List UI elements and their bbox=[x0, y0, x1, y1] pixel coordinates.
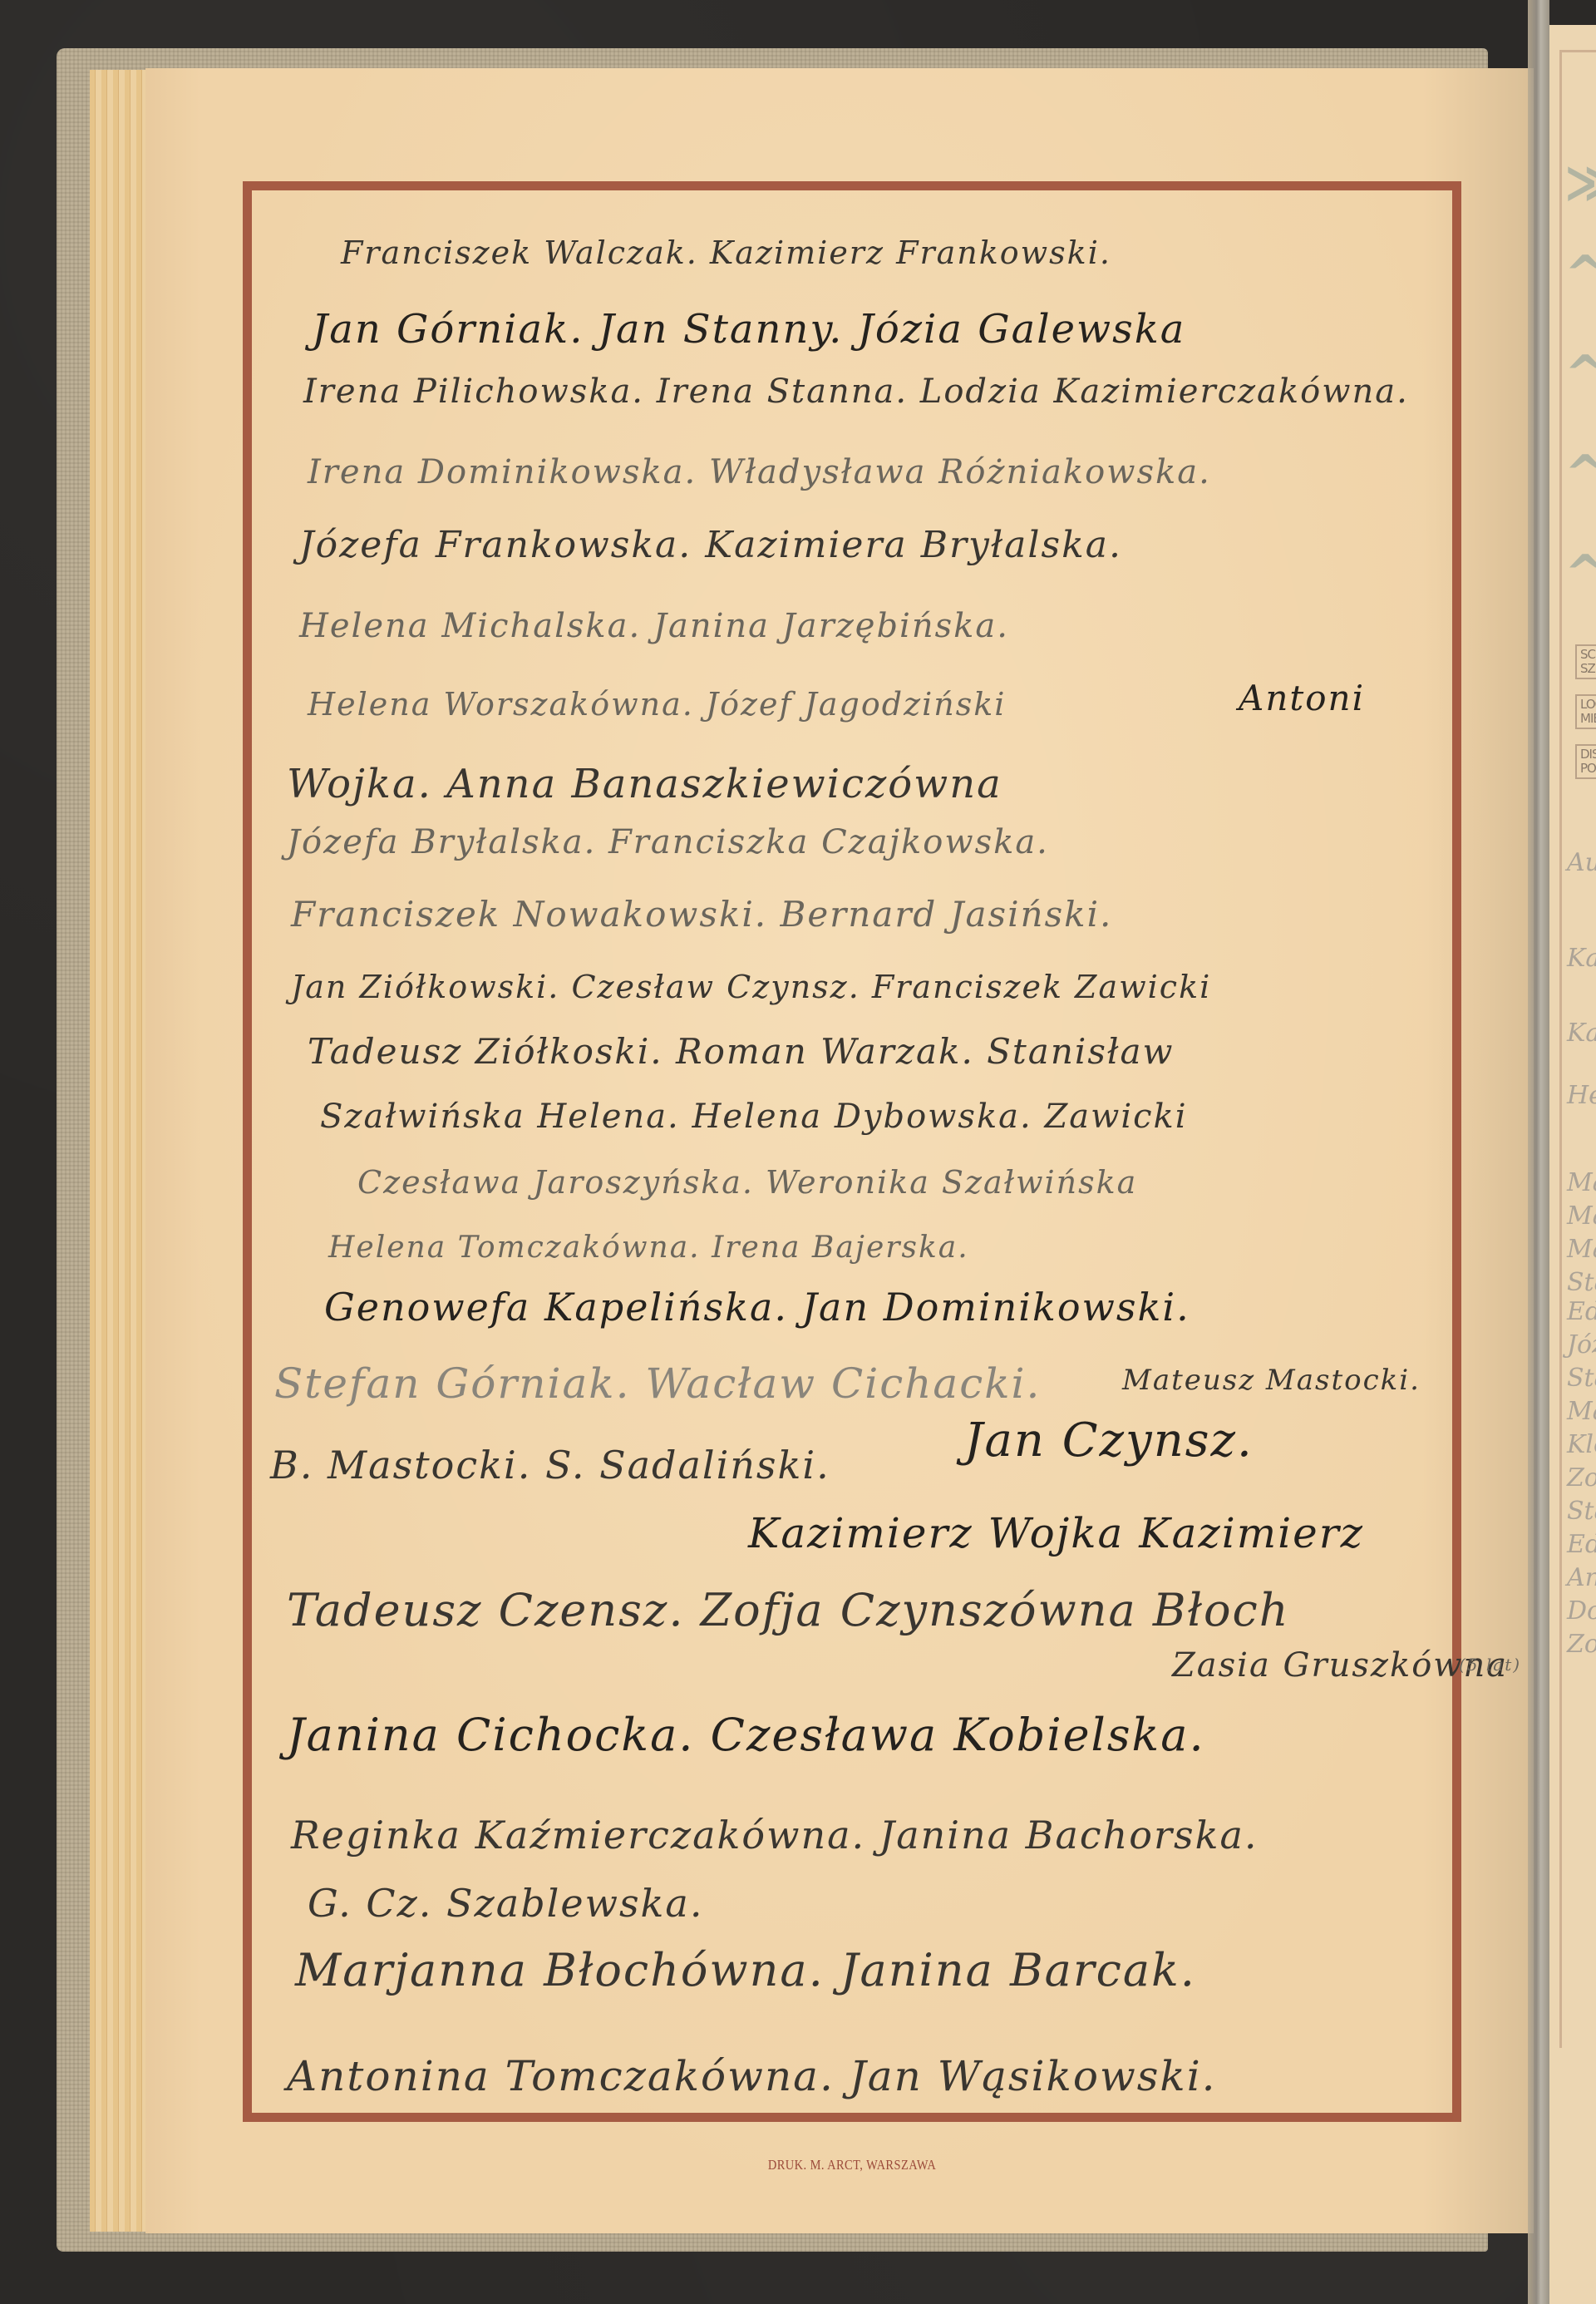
adjacent-script: Hero bbox=[1567, 1081, 1596, 1110]
signature-note-mastocki: Mateusz Mastocki. bbox=[1122, 1364, 1421, 1397]
signature-line-17: Stefan Górniak. Wacław Cichacki. bbox=[274, 1359, 1041, 1408]
decorative-chevron-icon: ^ bbox=[1564, 449, 1596, 499]
signature-line-25: Marjanna Błochówna. Janina Barcak. bbox=[295, 1944, 1196, 1996]
decorative-chevron-icon: ^ bbox=[1564, 349, 1596, 399]
signature-line-16: Genowefa Kapelińska. Jan Dominikowski. bbox=[324, 1285, 1190, 1330]
adjacent-script: Klem bbox=[1567, 1430, 1596, 1459]
adjacent-script: Zofja bbox=[1567, 1463, 1596, 1492]
signature-note-age: (5 lat) bbox=[1459, 1655, 1521, 1675]
adjacent-script: Stani bbox=[1567, 1268, 1596, 1297]
adjacent-label-district: DISTRPOW bbox=[1575, 744, 1596, 779]
signature-line-23: Reginka Kaźmierczakówna. Janina Bachorsk… bbox=[291, 1813, 1259, 1858]
adjacent-label-locality: LOCAMIEJS bbox=[1575, 694, 1596, 729]
adjacent-script: Edmu bbox=[1567, 1297, 1596, 1326]
signature-line-22: Janina Cichocka. Czesława Kobielska. bbox=[287, 1709, 1205, 1761]
signature-line-14: Czesława Jaroszyńska. Weronika Szałwińsk… bbox=[357, 1164, 1137, 1201]
signature-note-antoni: Antoni bbox=[1239, 678, 1365, 718]
signature-line-20: Tadeusz Czensz. Zofja Czynszówna Błoch bbox=[287, 1584, 1290, 1636]
adjacent-script: Anna bbox=[1567, 1563, 1596, 1592]
adjacent-script: Stani bbox=[1567, 1497, 1596, 1526]
adjacent-script: Mary bbox=[1567, 1201, 1596, 1231]
signature-line-24: G. Cz. Szablewska. bbox=[308, 1881, 703, 1926]
signature-line-13: Szałwińska Helena. Helena Dybowska. Zawi… bbox=[320, 1098, 1188, 1136]
adjacent-script: Au bbox=[1567, 848, 1596, 877]
signature-line-8: Wojka. Anna Banaszkiewiczówna bbox=[287, 761, 1002, 807]
signature-line-21: Zasia Gruszkówna bbox=[1172, 1646, 1508, 1685]
adjacent-script: Stani bbox=[1567, 1364, 1596, 1393]
signature-line-2: Jan Górniak. Jan Stanny. Józia Galewska bbox=[312, 306, 1185, 353]
adjacent-script: Józef bbox=[1567, 1330, 1596, 1359]
adjacent-script: Kara bbox=[1567, 1019, 1596, 1048]
adjacent-script: Kara bbox=[1567, 944, 1596, 973]
signature-line-7: Helena Worszakówna. Józef Jagodziński bbox=[308, 686, 1006, 723]
adjacent-script: Domi bbox=[1567, 1596, 1596, 1626]
adjacent-script: Mary bbox=[1567, 1168, 1596, 1197]
adjacent-script: Edwa bbox=[1567, 1530, 1596, 1559]
decorative-chevron-icon: ^ bbox=[1564, 549, 1596, 599]
decorative-chevron-icon: ≫ bbox=[1564, 158, 1596, 208]
signature-line-18: B. Mastocki. S. Sadaliński. bbox=[270, 1443, 830, 1487]
decorative-chevron-icon: ^ bbox=[1564, 249, 1596, 299]
signature-line-4: Irena Dominikowska. Władysława Różniakow… bbox=[308, 453, 1211, 491]
signature-line-5: Józefa Frankowska. Kazimiera Bryłalska. bbox=[299, 524, 1122, 566]
signature-line-6: Helena Michalska. Janina Jarzębińska. bbox=[299, 607, 1009, 645]
signature-line-12: Tadeusz Ziółkoski. Roman Warzak. Stanisł… bbox=[308, 1031, 1174, 1072]
signature-line-9: Józefa Bryłalska. Franciszka Czajkowska. bbox=[287, 823, 1049, 861]
signature-line-3: Irena Pilichowska. Irena Stanna. Lodzia … bbox=[303, 372, 1409, 411]
adjacent-label-school: SCHOSZKO bbox=[1575, 644, 1596, 679]
adjacent-script: Zofja bbox=[1567, 1630, 1596, 1659]
signature-line-11: Jan Ziółkowski. Czesław Czynsz. Francisz… bbox=[291, 969, 1211, 1005]
signature-line-10: Franciszek Nowakowski. Bernard Jasiński. bbox=[291, 894, 1112, 935]
signature-line-26: Antonina Tomczakówna. Jan Wąsikowski. bbox=[287, 2052, 1217, 2100]
page-edges bbox=[90, 70, 148, 2232]
printer-imprint: DRUK. M. ARCT, WARSZAWA bbox=[0, 2157, 1596, 2173]
signature-line-1: Franciszek Walczak. Kazimierz Frankowski… bbox=[341, 234, 1111, 271]
adjacent-script: Mary bbox=[1567, 1397, 1596, 1426]
binding-gutter bbox=[1528, 0, 1549, 2304]
signature-line-15: Helena Tomczakówna. Irena Bajerska. bbox=[328, 1231, 969, 1265]
signature-line-19: Kazimierz Wojka Kazimierz bbox=[748, 1509, 1364, 1557]
signature-note-jan-czynsz: Jan Czynsz. bbox=[964, 1413, 1254, 1468]
adjacent-script: Mary bbox=[1567, 1235, 1596, 1264]
